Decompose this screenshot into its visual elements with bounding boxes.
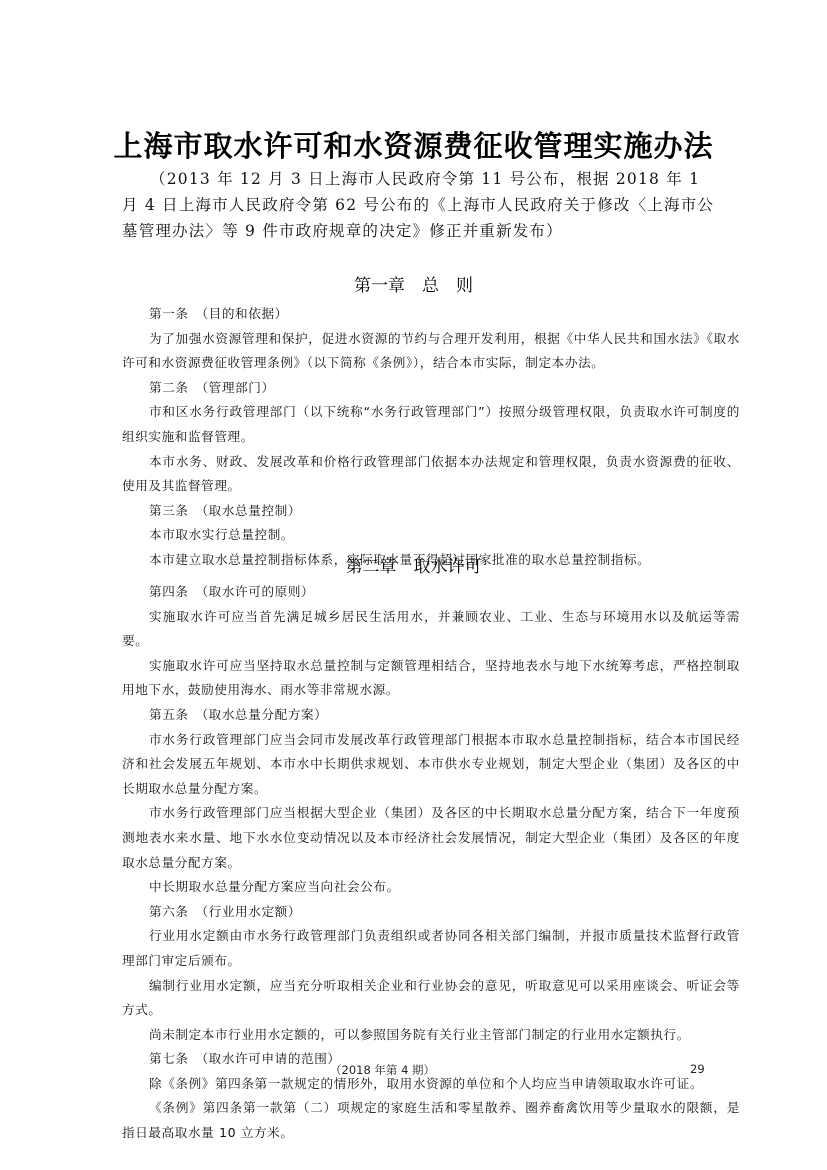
document-title: 上海市取水许可和水资源费征收管理实施办法 <box>0 124 827 165</box>
article-heading: 第三条 （取水总量控制） <box>122 499 740 524</box>
article-heading: 第五条 （取水总量分配方案） <box>122 703 740 728</box>
chapter-1-body: 第一条 （目的和依据） 为了加强水资源管理和保护，促进水资源的节约与合理开发利用… <box>122 302 740 573</box>
paragraph: 行业用水定额由市水务行政管理部门负责组织或者协同各相关部门编制，并报市质量技术监… <box>122 924 740 973</box>
footer-issue: （2018 年第 4 期） <box>330 1062 435 1078</box>
chapter-2-heading: 第二章 取水许可 <box>0 552 827 577</box>
document-subtitle: （2013 年 12 月 3 日上海市人民政府令第 11 号公布，根据 2018… <box>122 166 722 244</box>
article-heading: 第二条 （管理部门） <box>122 376 740 401</box>
paragraph: 尚未制定本市行业用水定额的，可以参照国务院有关行业主管部门制定的行业用水定额执行… <box>122 1023 740 1048</box>
paragraph: 市水务行政管理部门应当会同市发展改革行政管理部门根据本市取水总量控制指标，结合本… <box>122 728 740 802</box>
paragraph: 《条例》第四条第一款第（二）项规定的家庭生活和零星散养、圈养畜禽饮用等少量取水的… <box>122 1096 740 1145</box>
document-page: 上海市取水许可和水资源费征收管理实施办法 （2013 年 12 月 3 日上海市… <box>0 0 827 1170</box>
paragraph: 市水务行政管理部门应当根据大型企业（集团）及各区的中长期取水总量分配方案，结合下… <box>122 801 740 875</box>
paragraph: 市和区水务行政管理部门（以下统称“水务行政管理部门”）按照分级管理权限，负责取水… <box>122 400 740 449</box>
paragraph: 本市取水实行总量控制。 <box>122 523 740 548</box>
chapter-1-heading: 第一章 总 则 <box>0 271 827 296</box>
chapter-2-body: 第四条 （取水许可的原则） 实施取水许可应当首先满足城乡居民生活用水，并兼顾农业… <box>122 580 740 1146</box>
article-heading: 第四条 （取水许可的原则） <box>122 580 740 605</box>
page-number: 29 <box>690 1062 705 1076</box>
paragraph: 为了加强水资源管理和保护，促进水资源的节约与合理开发利用，根据《中华人民共和国水… <box>122 327 740 376</box>
paragraph: 实施取水许可应当坚持取水总量控制与定额管理相结合，坚持地表水与地下水统筹考虑，严… <box>122 654 740 703</box>
paragraph: 实施取水许可应当首先满足城乡居民生活用水，并兼顾农业、工业、生态与环境用水以及航… <box>122 605 740 654</box>
article-heading: 第六条 （行业用水定额） <box>122 900 740 925</box>
paragraph: 中长期取水总量分配方案应当向社会公布。 <box>122 875 740 900</box>
article-heading: 第一条 （目的和依据） <box>122 302 740 327</box>
paragraph: 本市水务、财政、发展改革和价格行政管理部门依据本办法规定和管理权限，负责水资源费… <box>122 450 740 499</box>
paragraph: 编制行业用水定额，应当充分听取相关企业和行业协会的意见，听取意见可以采用座谈会、… <box>122 974 740 1023</box>
